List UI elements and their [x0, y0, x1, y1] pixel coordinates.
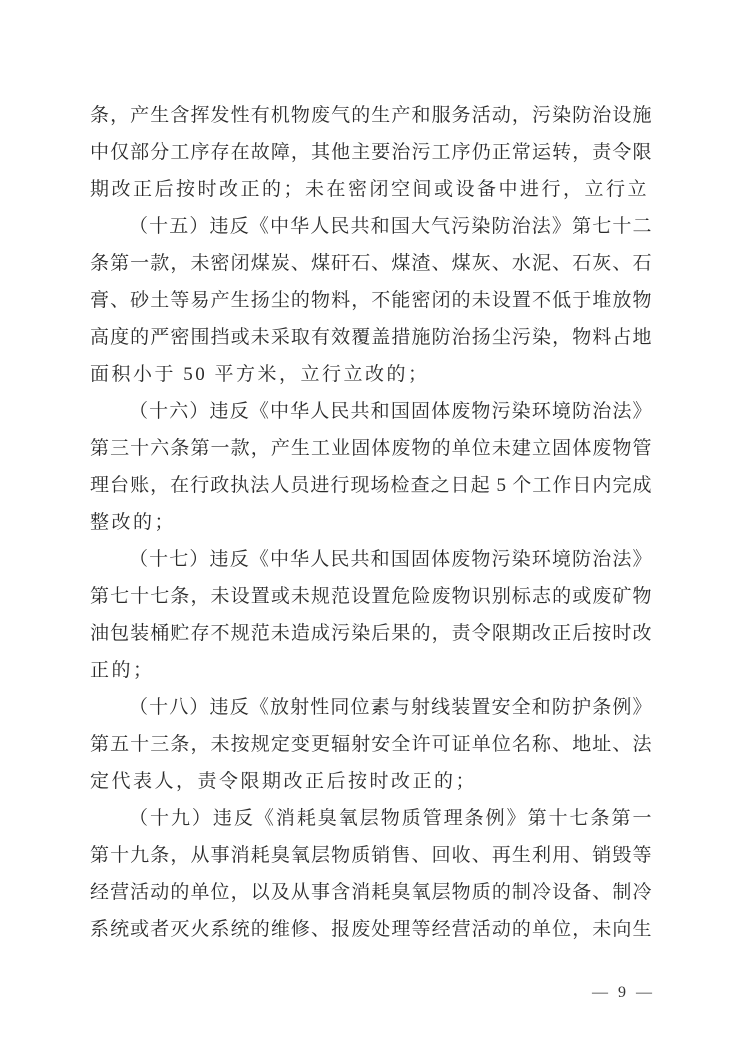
paragraph: （十八）违反《放射性同位素与射线装置安全和防护条例》第五十三条，未按规定变更辐射… — [90, 689, 652, 800]
text-line: 第十九条，从事消耗臭氧层物质销售、回收、再生利用、销毁等 — [90, 837, 652, 874]
text-line: （十六）违反《中华人民共和国固体废物污染环境防治法》 — [90, 393, 652, 430]
text-line: 条，产生含挥发性有机物废气的生产和服务活动，污染防治设施 — [90, 97, 652, 134]
text-line: 理台账，在行政执法人员进行现场检查之日起 5 个工作日内完成 — [90, 467, 652, 504]
text-line: 系统或者灭火系统的维修、报废处理等经营活动的单位，未向生 — [90, 911, 652, 948]
page-number: — 9 — — [592, 984, 655, 1002]
text-line: 定代表人，责令限期改正后按时改正的； — [90, 763, 652, 800]
text-line: 高度的严密围挡或未采取有效覆盖措施防治扬尘污染，物料占地 — [90, 319, 652, 356]
text-line: 经营活动的单位，以及从事含消耗臭氧层物质的制冷设备、制冷 — [90, 874, 652, 911]
text-line: 油包装桶贮存不规范未造成污染后果的，责令限期改正后按时改 — [90, 615, 652, 652]
text-line: （十五）违反《中华人民共和国大气污染防治法》第七十二 — [90, 208, 652, 245]
text-line: 膏、砂土等易产生扬尘的物料，不能密闭的未设置不低于堆放物 — [90, 282, 652, 319]
document-body: 条，产生含挥发性有机物废气的生产和服务活动，污染防治设施中仅部分工序存在故障，其… — [90, 97, 652, 948]
paragraph: （十五）违反《中华人民共和国大气污染防治法》第七十二条第一款，未密闭煤炭、煤矸石… — [90, 208, 652, 393]
paragraph: （十九）违反《消耗臭氧层物质管理条例》第十七条第一款、第十九条，从事消耗臭氧层物… — [90, 800, 652, 948]
text-line: 中仅部分工序存在故障，其他主要治污工序仍正常运转，责令限 — [90, 134, 652, 171]
document-page: 条，产生含挥发性有机物废气的生产和服务活动，污染防治设施中仅部分工序存在故障，其… — [0, 0, 744, 1053]
text-line: 正的； — [90, 652, 652, 689]
text-line: 面积小于 50 平方米，立行立改的； — [90, 356, 652, 393]
text-line: 条第一款，未密闭煤炭、煤矸石、煤渣、煤灰、水泥、石灰、石 — [90, 245, 652, 282]
text-line: （十八）违反《放射性同位素与射线装置安全和防护条例》 — [90, 689, 652, 726]
text-line: 整改的； — [90, 504, 652, 541]
paragraph: （十七）违反《中华人民共和国固体废物污染环境防治法》第七十七条，未设置或未规范设… — [90, 541, 652, 689]
text-line: （十七）违反《中华人民共和国固体废物污染环境防治法》 — [90, 541, 652, 578]
text-line: 第五十三条，未按规定变更辐射安全许可证单位名称、地址、法 — [90, 726, 652, 763]
paragraph: （十六）违反《中华人民共和国固体废物污染环境防治法》第三十六条第一款，产生工业固… — [90, 393, 652, 541]
text-line: 第三十六条第一款，产生工业固体废物的单位未建立固体废物管 — [90, 430, 652, 467]
paragraph: 条，产生含挥发性有机物废气的生产和服务活动，污染防治设施中仅部分工序存在故障，其… — [90, 97, 652, 208]
text-line: （十九）违反《消耗臭氧层物质管理条例》第十七条第一款、 — [90, 800, 652, 837]
text-line: 期改正后按时改正的；未在密闭空间或设备中进行，立行立改的； — [90, 171, 652, 208]
text-line: 第七十七条，未设置或未规范设置危险废物识别标志的或废矿物 — [90, 578, 652, 615]
